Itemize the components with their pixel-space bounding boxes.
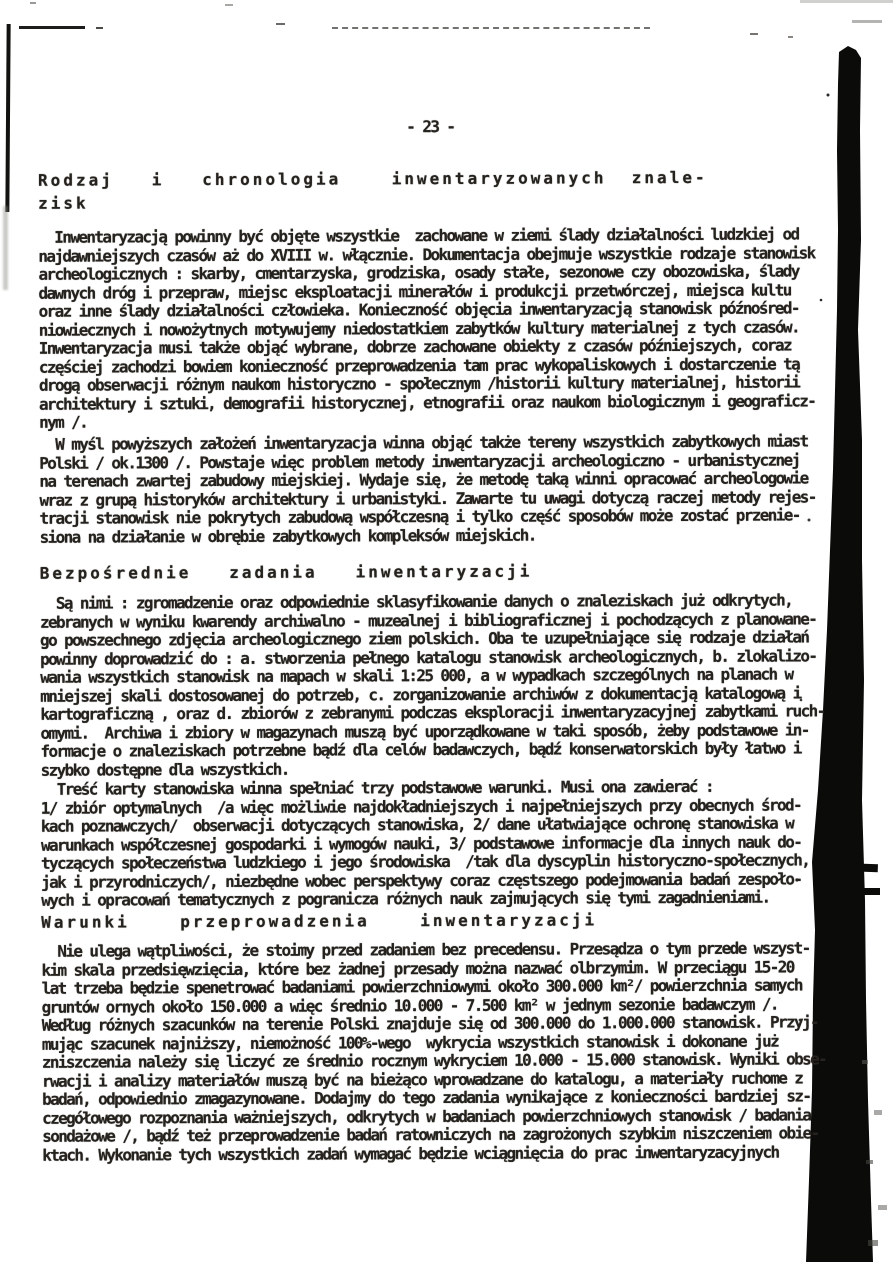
page-number: - 23 -: [38, 116, 823, 138]
scanned-page: - 23 - Rodzaj i chronologia inwentaryzow…: [0, 0, 893, 1262]
section-heading-warunki-przeprowadzenia: Warunki przeprowadzenia inwentaryzacji: [41, 907, 851, 934]
paragraph-inwentaryzacja-zakres: Inwentaryzacją powinny być objęte wszyst…: [38, 225, 839, 432]
section-heading-bezposrednie-zadania: Bezpośrednie zadania inwentaryzacji: [40, 558, 850, 585]
paragraph-tresc-karty: Treść karty stanowiska winna spełniać tr…: [41, 777, 842, 910]
paragraph-miasta-zabytkowe: W myśl powyższych założeń inwentaryzacja…: [39, 432, 839, 546]
page-content: - 23 - Rodzaj i chronologia inwentaryzow…: [0, 0, 893, 1262]
section-heading-rodzaj-i-chronologia: Rodzaj i chronologia inwentaryzowanych z…: [38, 165, 848, 215]
paragraph-zadania-katalog: Są nimi : zgromadzenie oraz odpowiednie …: [40, 591, 841, 779]
paragraph-skala-przedsiewziecia: Nie ulega wątpliwości, że stoimy przed z…: [41, 939, 842, 1164]
